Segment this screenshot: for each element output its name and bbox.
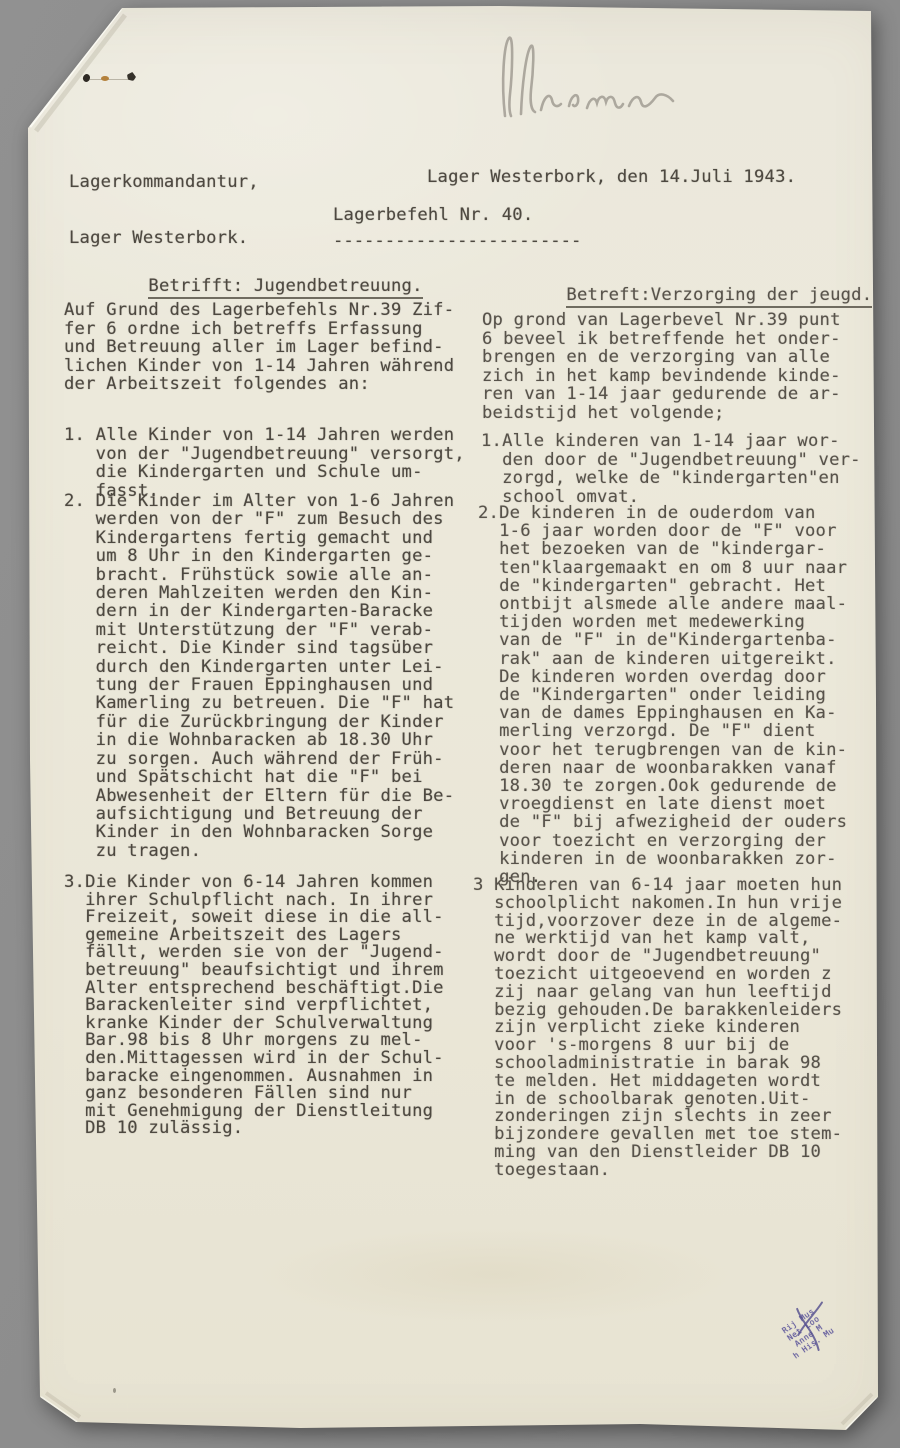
- handwritten-signature: [495, 26, 680, 121]
- intro-paragraph-dutch: Op grond van Lagerbevel Nr.39 punt 6 bev…: [482, 311, 841, 423]
- list-item-german-2: 2. Die Kinder im Alter von 1-6 Jahren we…: [64, 492, 454, 860]
- rust-spot: [101, 76, 109, 81]
- list-item-dutch-1: 1.Alle kinderen van 1-14 jaar wor- den d…: [481, 432, 861, 506]
- order-title: Lagerbefehl Nr. 40.: [333, 206, 533, 225]
- subject-heading-german-text: Betrifft: Jugendbetreuung.: [148, 276, 422, 299]
- staple-scratch-mark: [90, 79, 130, 80]
- archival-stamp: Rij Mus Net Loo Anne M h His. Mu: [756, 1290, 855, 1375]
- list-item-german-1: 1. Alle Kinder von 1-14 Jahren werden vo…: [64, 426, 465, 500]
- sender-line-2: Lager Westerbork.: [69, 229, 259, 248]
- list-item-german-3: 3.Die Kinder von 6-14 Jahren kommen ihre…: [64, 874, 444, 1138]
- list-item-dutch-2: 2.De kinderen in de ouderdom van 1-6 jaa…: [478, 504, 847, 886]
- photo-background: Lagerkommandantur, Lager Westerbork. Lag…: [0, 0, 900, 1448]
- pencil-speck: [113, 1388, 116, 1393]
- intro-paragraph-german: Auf Grund des Lagerbefehls Nr.39 Zif- fe…: [64, 301, 454, 394]
- document-page-shadow: Lagerkommandantur, Lager Westerbork. Lag…: [0, 0, 900, 1448]
- subject-heading-dutch-text: Betreft:Verzorging der jeugd.: [566, 285, 872, 308]
- list-item-dutch-3: 3 Kinderen van 6-14 jaar moeten hun scho…: [473, 877, 842, 1180]
- dateline: Lager Westerbork, den 14.Juli 1943.: [427, 168, 796, 187]
- sender-line-1: Lagerkommandantur,: [69, 173, 259, 192]
- order-title-underline: ------------------------: [333, 232, 581, 251]
- staple-rust-mark: [82, 73, 91, 83]
- document-page: Lagerkommandantur, Lager Westerbork. Lag…: [0, 0, 900, 1448]
- staple-rust-mark: [127, 72, 136, 81]
